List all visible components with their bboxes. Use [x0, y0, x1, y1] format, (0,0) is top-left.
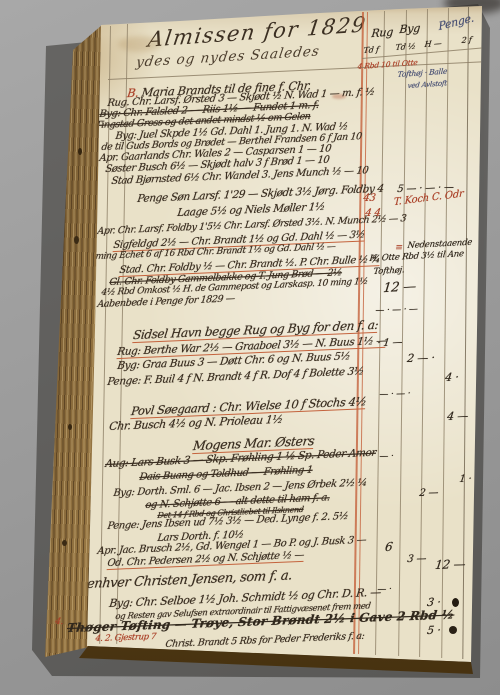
margin-note: 4.: [54, 617, 63, 627]
margin-note: Thøger Tøfting — Trøye, Stor Brøndt 2½ i…: [66, 607, 455, 635]
edge-spot: [78, 148, 82, 155]
edge-spot: [68, 424, 72, 430]
edge-spot: [62, 540, 67, 546]
photo-background: Almissen for 1829 ydes og nydes Saaledes…: [0, 0, 500, 695]
marginalia-layer: 4.4. 2. Gjestrup 7Thøger Tøfting — Trøye…: [0, 0, 500, 695]
edge-spot: [74, 236, 79, 244]
